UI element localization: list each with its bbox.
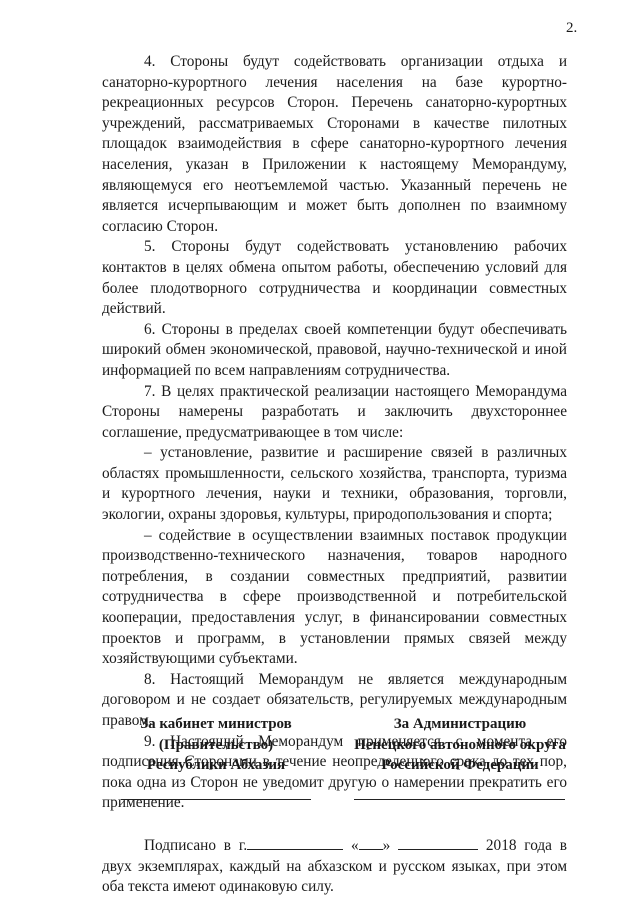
city-blank — [247, 836, 343, 850]
list-item-supplies: – содействие в осуществлении взаимных по… — [102, 526, 567, 670]
list-item-connections: – установление, развитие и расширение св… — [102, 443, 567, 525]
signing-statement: Подписано в г. «» 2018 года в двух экзем… — [102, 836, 567, 898]
paragraph-5: 5. Стороны будут содействовать установле… — [102, 237, 567, 319]
signed-prefix: Подписано в г. — [144, 837, 247, 854]
page-number: 2. — [566, 20, 577, 37]
signatory-nenets: За Администрацию Ненецкого автономного о… — [340, 714, 580, 776]
paragraph-6: 6. Стороны в пределах своей компетенции … — [102, 320, 567, 382]
signatory-line: (Правительство) — [96, 735, 336, 756]
signature-line-left — [121, 799, 311, 800]
signatory-line: Республики Абхазия — [96, 755, 336, 776]
signatory-line: За Администрацию — [340, 714, 580, 735]
signatory-line: Ненецкого автономного округа — [340, 735, 580, 756]
quote-close: » — [383, 837, 391, 854]
paragraph-7: 7. В целях практической реализации насто… — [102, 382, 567, 444]
signature-line-right — [354, 799, 565, 800]
signatory-abkhazia: За кабинет министров (Правительство) Рес… — [96, 714, 336, 776]
quote-open: « — [351, 837, 359, 854]
paragraph-4: 4. Стороны будут содействовать организац… — [102, 52, 567, 237]
month-blank — [398, 836, 478, 850]
signatory-line: За кабинет министров — [96, 714, 336, 735]
day-blank — [359, 836, 383, 850]
signatory-line: Российской Федерации — [340, 755, 580, 776]
